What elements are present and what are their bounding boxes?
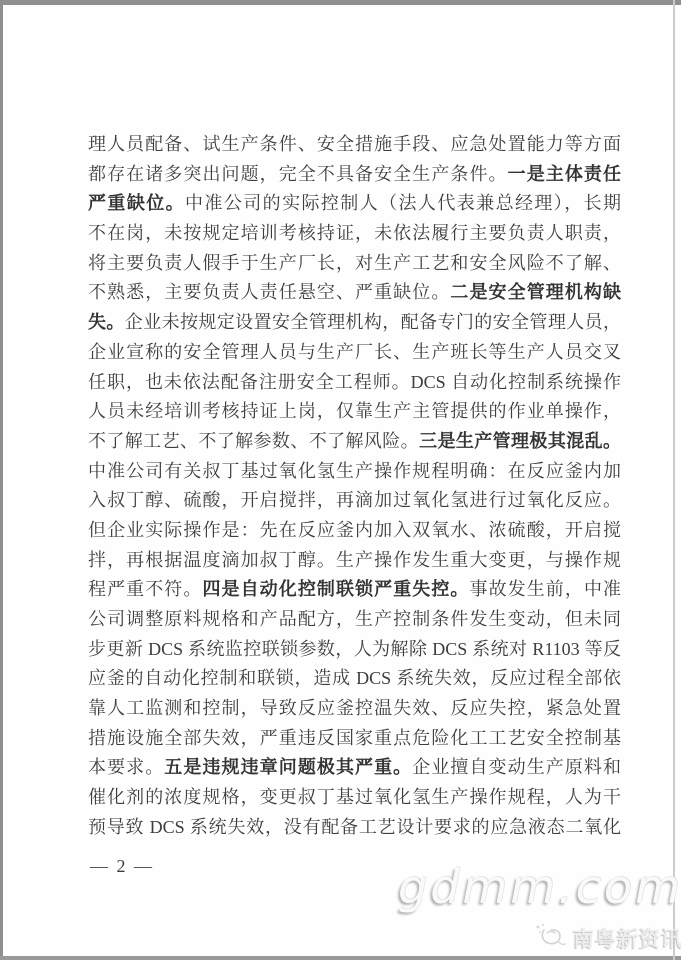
scanned-document-page: 理人员配备、试生产条件、安全措施手段、应急处置能力等方面都存在诸多突出问题，完全… xyxy=(0,0,681,960)
document-line: 拌，再根据温度滴加叔丁醇。生产操作发生重大变更，与操作规 xyxy=(88,546,621,576)
body-text: 都存在诸多突出问题，完全不具备安全生产条件。 xyxy=(88,164,508,184)
document-line: 程严重不符。四是自动化控制联锁严重失控。事故发生前，中准 xyxy=(88,575,621,605)
body-text: 企业擅自变动生产原料和 xyxy=(412,757,621,777)
page-number: — 2 — xyxy=(90,856,154,877)
body-text: 不了解工艺、不了解参数、不了解风险。 xyxy=(88,431,419,451)
document-line: 入叔丁醇、硫酸，开启搅拌，再滴加过氧化氢进行过氧化反应。 xyxy=(88,486,621,516)
document-line: 措施设施全部失效，严重违反国家重点危险化工工艺安全控制基 xyxy=(88,724,621,754)
emphasis-text: 四是自动化控制联锁严重失控。 xyxy=(202,579,469,599)
scan-edge-top xyxy=(0,0,681,5)
body-text: 不熟悉，主要负责人责任悬空、严重缺位。 xyxy=(88,282,450,302)
document-line: 但企业实际操作是：先在反应釜内加入双氧水、浓硫酸，开启搅 xyxy=(88,516,621,546)
document-line: 预导致 DCS 系统失效，没有配备工艺设计要求的应急液态二氧化 xyxy=(88,813,621,843)
watermark-brand: 南粤新资讯 xyxy=(534,921,681,954)
document-line: 将主要负责人假手于生产厂长，对生产工艺和安全风险不了解、 xyxy=(88,249,621,279)
document-line: 不在岗，未按规定培训考核持证，未依法履行主要负责人职责， xyxy=(88,219,621,249)
body-text: 理人员配备、试生产条件、安全措施手段、应急处置能力等方面 xyxy=(88,134,621,154)
document-line: 不了解工艺、不了解参数、不了解风险。三是生产管理极其混乱。 xyxy=(88,427,621,457)
body-text: 但企业实际操作是：先在反应釜内加入双氧水、浓硫酸，开启搅 xyxy=(88,520,621,540)
document-line: 任职，也未依法配备注册安全工程师。DCS 自动化控制系统操作 xyxy=(88,368,621,398)
watermark-site: gdmm.com xyxy=(398,860,681,914)
body-text: 企业未按规定设置安全管理机构，配备专门的安全管理人员， xyxy=(125,312,621,332)
document-line: 严重缺位。中准公司的实际控制人（法人代表兼总经理），长期 xyxy=(88,189,621,219)
body-text: 拌，再根据温度滴加叔丁醇。生产操作发生重大变更，与操作规 xyxy=(88,550,621,570)
body-text: 步更新 DCS 系统监控联锁参数，人为解除 DCS 系统对 R1103 等反 xyxy=(88,639,621,659)
document-line: 企业宣称的安全管理人员与生产厂长、生产班长等生产人员交叉 xyxy=(88,338,621,368)
body-text: 预导致 DCS 系统失效，没有配备工艺设计要求的应急液态二氧化 xyxy=(88,817,621,837)
document-body: 理人员配备、试生产条件、安全措施手段、应急处置能力等方面都存在诸多突出问题，完全… xyxy=(88,130,621,843)
body-text: 任职，也未依法配备注册安全工程师。DCS 自动化控制系统操作 xyxy=(88,372,621,392)
document-line: 人员未经培训考核持证上岗，仅靠生产主管提供的作业单操作， xyxy=(88,397,621,427)
scan-edge-bottom xyxy=(0,956,681,960)
body-text: 入叔丁醇、硫酸，开启搅拌，再滴加过氧化氢进行过氧化反应。 xyxy=(88,490,621,510)
body-text: 不在岗，未按规定培训考核持证，未依法履行主要负责人职责， xyxy=(88,223,621,243)
document-line: 步更新 DCS 系统监控联锁参数，人为解除 DCS 系统对 R1103 等反 xyxy=(88,635,621,665)
document-line: 失。企业未按规定设置安全管理机构，配备专门的安全管理人员， xyxy=(88,308,621,338)
body-text: 人员未经培训考核持证上岗，仅靠生产主管提供的作业单操作， xyxy=(88,401,621,421)
body-text: 应釜的自动化控制和联锁，造成 DCS 系统失效，反应过程全部依 xyxy=(88,668,621,688)
document-line: 中准公司有关叔丁基过氧化氢生产操作规程明确：在反应釜内加 xyxy=(88,457,621,487)
emphasis-text: 失。 xyxy=(88,312,125,332)
document-line: 催化剂的浓度规格，变更叔丁基过氧化氢生产操作规程，人为干 xyxy=(88,783,621,813)
emphasis-text: 二是安全管理机构缺 xyxy=(450,282,621,302)
emphasis-text: 五是违规违章问题极其严重。 xyxy=(164,757,412,777)
document-line: 都存在诸多突出问题，完全不具备安全生产条件。一是主体责任 xyxy=(88,160,621,190)
emphasis-text: 严重缺位。 xyxy=(88,193,185,213)
body-text: 本要求。 xyxy=(88,757,164,777)
bird-doodle-logo-icon xyxy=(534,921,568,954)
document-line: 本要求。五是违规违章问题极其严重。企业擅自变动生产原料和 xyxy=(88,753,621,783)
body-text: 事故发生前，中准 xyxy=(470,579,622,599)
emphasis-text: 一是主体责任 xyxy=(508,164,621,184)
document-line: 靠人工监测和控制，导致反应釜控温失效、反应失控，紧急处置 xyxy=(88,694,621,724)
body-text: 催化剂的浓度规格，变更叔丁基过氧化氢生产操作规程，人为干 xyxy=(88,787,621,807)
body-text: 公司调整原料规格和产品配方，生产控制条件发生变动，但未同 xyxy=(88,609,621,629)
body-text: 措施设施全部失效，严重违反国家重点危险化工工艺安全控制基 xyxy=(88,728,621,748)
body-text: 企业宣称的安全管理人员与生产厂长、生产班长等生产人员交叉 xyxy=(88,342,621,362)
document-line: 不熟悉，主要负责人责任悬空、严重缺位。二是安全管理机构缺 xyxy=(88,278,621,308)
document-line: 公司调整原料规格和产品配方，生产控制条件发生变动，但未同 xyxy=(88,605,621,635)
document-line: 理人员配备、试生产条件、安全措施手段、应急处置能力等方面 xyxy=(88,130,621,160)
document-line: 应釜的自动化控制和联锁，造成 DCS 系统失效，反应过程全部依 xyxy=(88,664,621,694)
body-text: 将主要负责人假手于生产厂长，对生产工艺和安全风险不了解、 xyxy=(88,253,621,273)
body-text: 程严重不符。 xyxy=(88,579,202,599)
emphasis-text: 三是生产管理极其混乱。 xyxy=(419,431,621,451)
scan-edge-left xyxy=(0,0,3,960)
body-text: 靠人工监测和控制，导致反应釜控温失效、反应失控，紧急处置 xyxy=(88,698,621,718)
scan-edge-right xyxy=(673,0,675,960)
watermark-brand-text: 南粤新资讯 xyxy=(573,923,681,953)
body-text: 中准公司的实际控制人（法人代表兼总经理），长期 xyxy=(185,193,621,213)
body-text: 中准公司有关叔丁基过氧化氢生产操作规程明确：在反应釜内加 xyxy=(88,461,621,481)
